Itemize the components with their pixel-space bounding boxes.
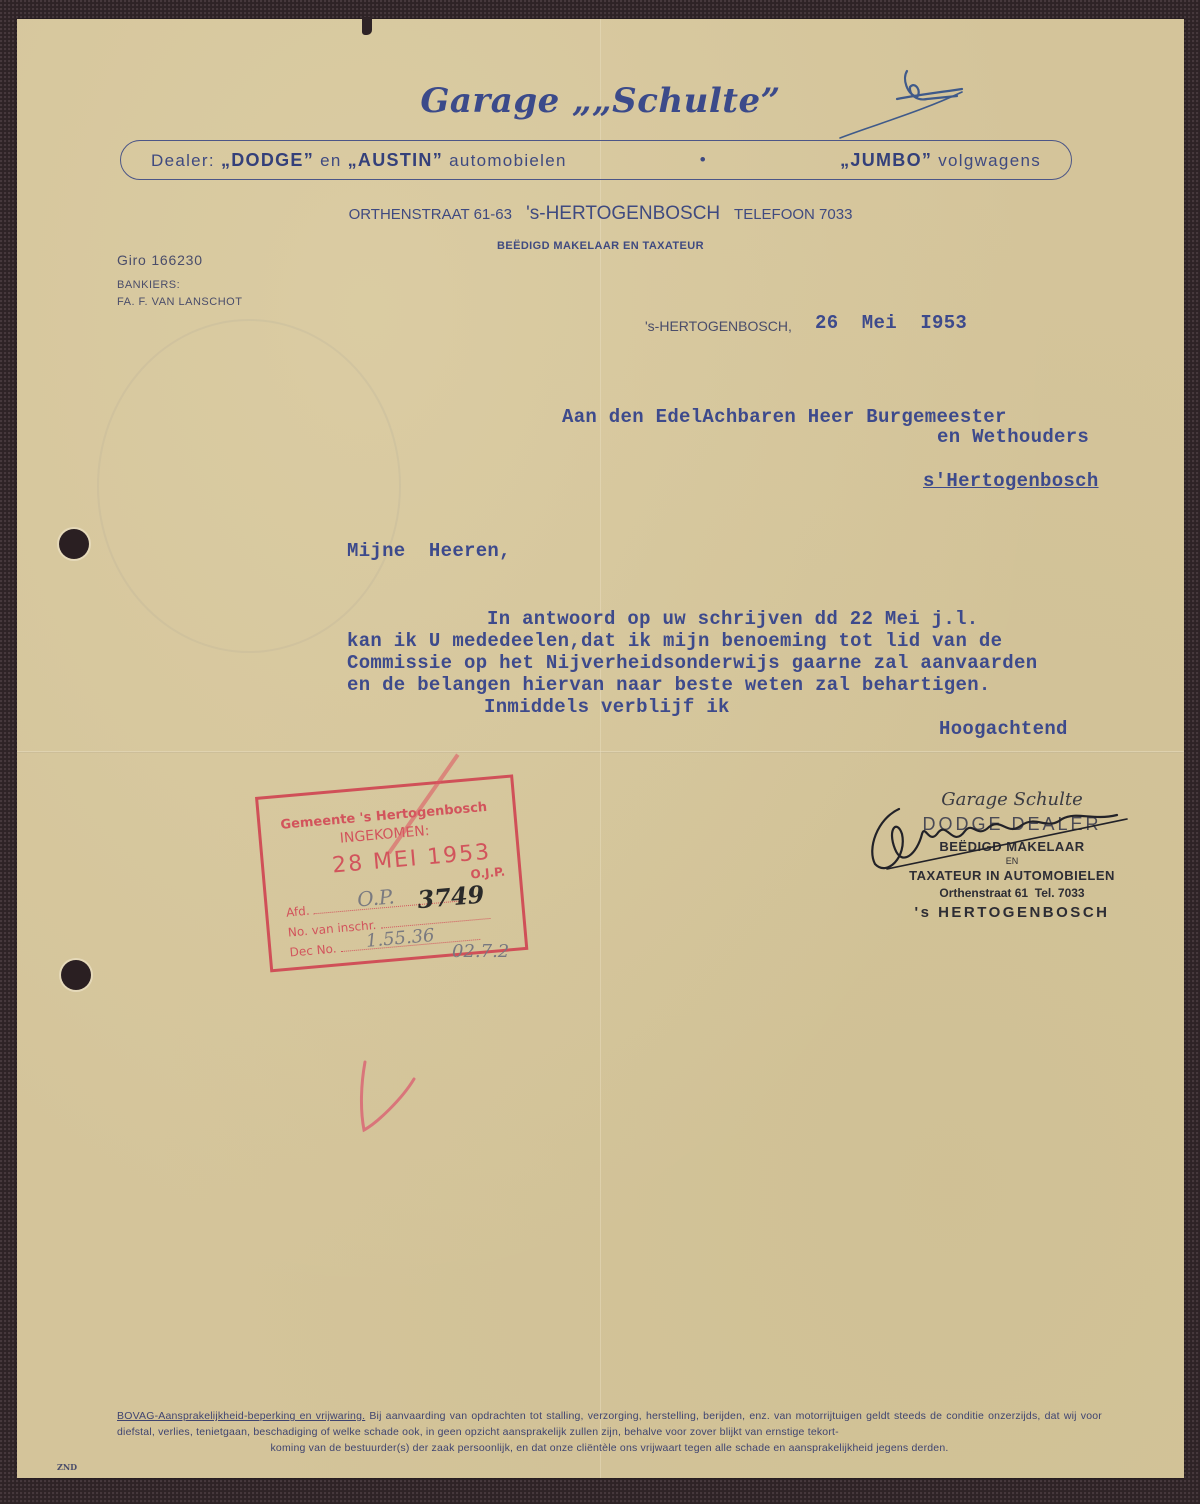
company-address: ORTHENSTRAAT 61-63 's-HERTOGENBOSCH TELE…: [17, 203, 1184, 225]
giro-number: Giro 166230: [117, 252, 203, 268]
street: ORTHENSTRAAT 61-63: [349, 206, 512, 223]
dealer-brands: Dealer: „DODGE” en „AUSTIN” automobielen: [151, 150, 567, 171]
afd-label: Afd.: [286, 904, 311, 920]
paper-tear: [362, 17, 372, 35]
dealer-prefix: Dealer:: [151, 151, 215, 170]
trailer-brand: „JUMBO” volgwagens: [840, 150, 1041, 171]
sig-en: EN: [852, 856, 1172, 866]
brand-austin: „AUSTIN”: [348, 150, 443, 170]
sig-city: 's HERTOGENBOSCH: [852, 904, 1172, 921]
registration-number: 3749: [416, 879, 485, 914]
no-label: No. van inschr.: [287, 918, 377, 940]
city: 's-HERTOGENBOSCH: [526, 203, 720, 224]
sig-address: Orthenstraat 61 Tel. 7033: [852, 886, 1172, 900]
company-name: Garage „„Schulte”: [17, 81, 1184, 121]
body-line: kan ik U mededeelen,dat ik mijn benoemin…: [347, 630, 1002, 652]
brand-suffix: automobielen: [449, 151, 567, 170]
recipient-line-2: en Wethouders: [937, 426, 1089, 448]
stamp-date: 28 MEI 1953: [331, 840, 492, 879]
footer-last-line: koming van de bestuurder(s) der zaak per…: [117, 1440, 1102, 1456]
conjunction: en: [320, 151, 342, 170]
salutation: Mijne Heeren,: [347, 540, 511, 562]
dealer-banner: Dealer: „DODGE” en „AUSTIN” automobielen…: [120, 140, 1072, 180]
fold-line-vertical: [600, 19, 601, 1478]
recipient-line-3: s'Hertogenbosch: [923, 470, 1099, 492]
brand-dodge: „DODGE”: [221, 150, 314, 170]
liability-footer: BOVAG-Aansprakelijkheid-beperking en vri…: [117, 1408, 1102, 1456]
bankiers-name: FA. F. VAN LANSCHOT: [117, 296, 242, 308]
sig-dealer: DODGE DEALER: [852, 814, 1172, 835]
letter-page: Garage „„Schulte” Dealer: „DODGE” en „AU…: [17, 19, 1184, 1478]
punch-hole-icon: [59, 529, 89, 559]
letterhead-subtitle: BEËDIGD MAKELAAR EN TAXATEUR: [17, 240, 1184, 252]
punch-hole-icon: [61, 960, 91, 990]
printer-mark: ZND: [57, 1462, 77, 1472]
watermark: [97, 319, 401, 653]
body-line: Inmiddels verblijf ik: [484, 696, 730, 718]
afd-value: O.P.: [356, 884, 395, 911]
phone: TELEFOON 7033: [734, 206, 852, 223]
sig-taxateur: TAXATEUR IN AUTOMOBIELEN: [852, 868, 1172, 883]
body-line: en de belangen hiervan naar beste weten …: [347, 674, 991, 696]
closing: Hoogachtend: [939, 718, 1068, 740]
signature-text: Garage Schulte: [852, 789, 1172, 810]
dateline-date: 26 Mei I953: [815, 312, 967, 334]
bankiers-label: BANKIERS:: [117, 279, 180, 291]
signature-stamp: Garage Schulte DODGE DEALER BEËDIGD MAKE…: [852, 789, 1172, 921]
body-line: Commissie op het Nijverheidsonderwijs ga…: [347, 652, 1037, 674]
brand3-suffix: volgwagens: [938, 151, 1041, 170]
pencil-reference: 02.7.2: [452, 941, 509, 962]
bullet-separator: •: [700, 150, 707, 170]
brand-jumbo: „JUMBO”: [840, 150, 932, 170]
dec-value: 1.55.36: [365, 925, 435, 952]
footer-lead: BOVAG-Aansprakelijkheid-beperking en vri…: [117, 1410, 365, 1422]
recipient-line-1: Aan den EdelAchbaren Heer Burgemeester: [562, 406, 1007, 428]
body-line: In antwoord op uw schrijven dd 22 Mei j.…: [487, 608, 978, 630]
dec-label: Dec No.: [289, 942, 337, 960]
red-check-mark-icon: [361, 1062, 414, 1130]
dateline-place: 's-HERTOGENBOSCH,: [645, 318, 792, 334]
sig-makelaar: BEËDIGD MAKELAAR: [852, 839, 1172, 854]
stamp-suffix: O.J.P.: [470, 865, 506, 882]
